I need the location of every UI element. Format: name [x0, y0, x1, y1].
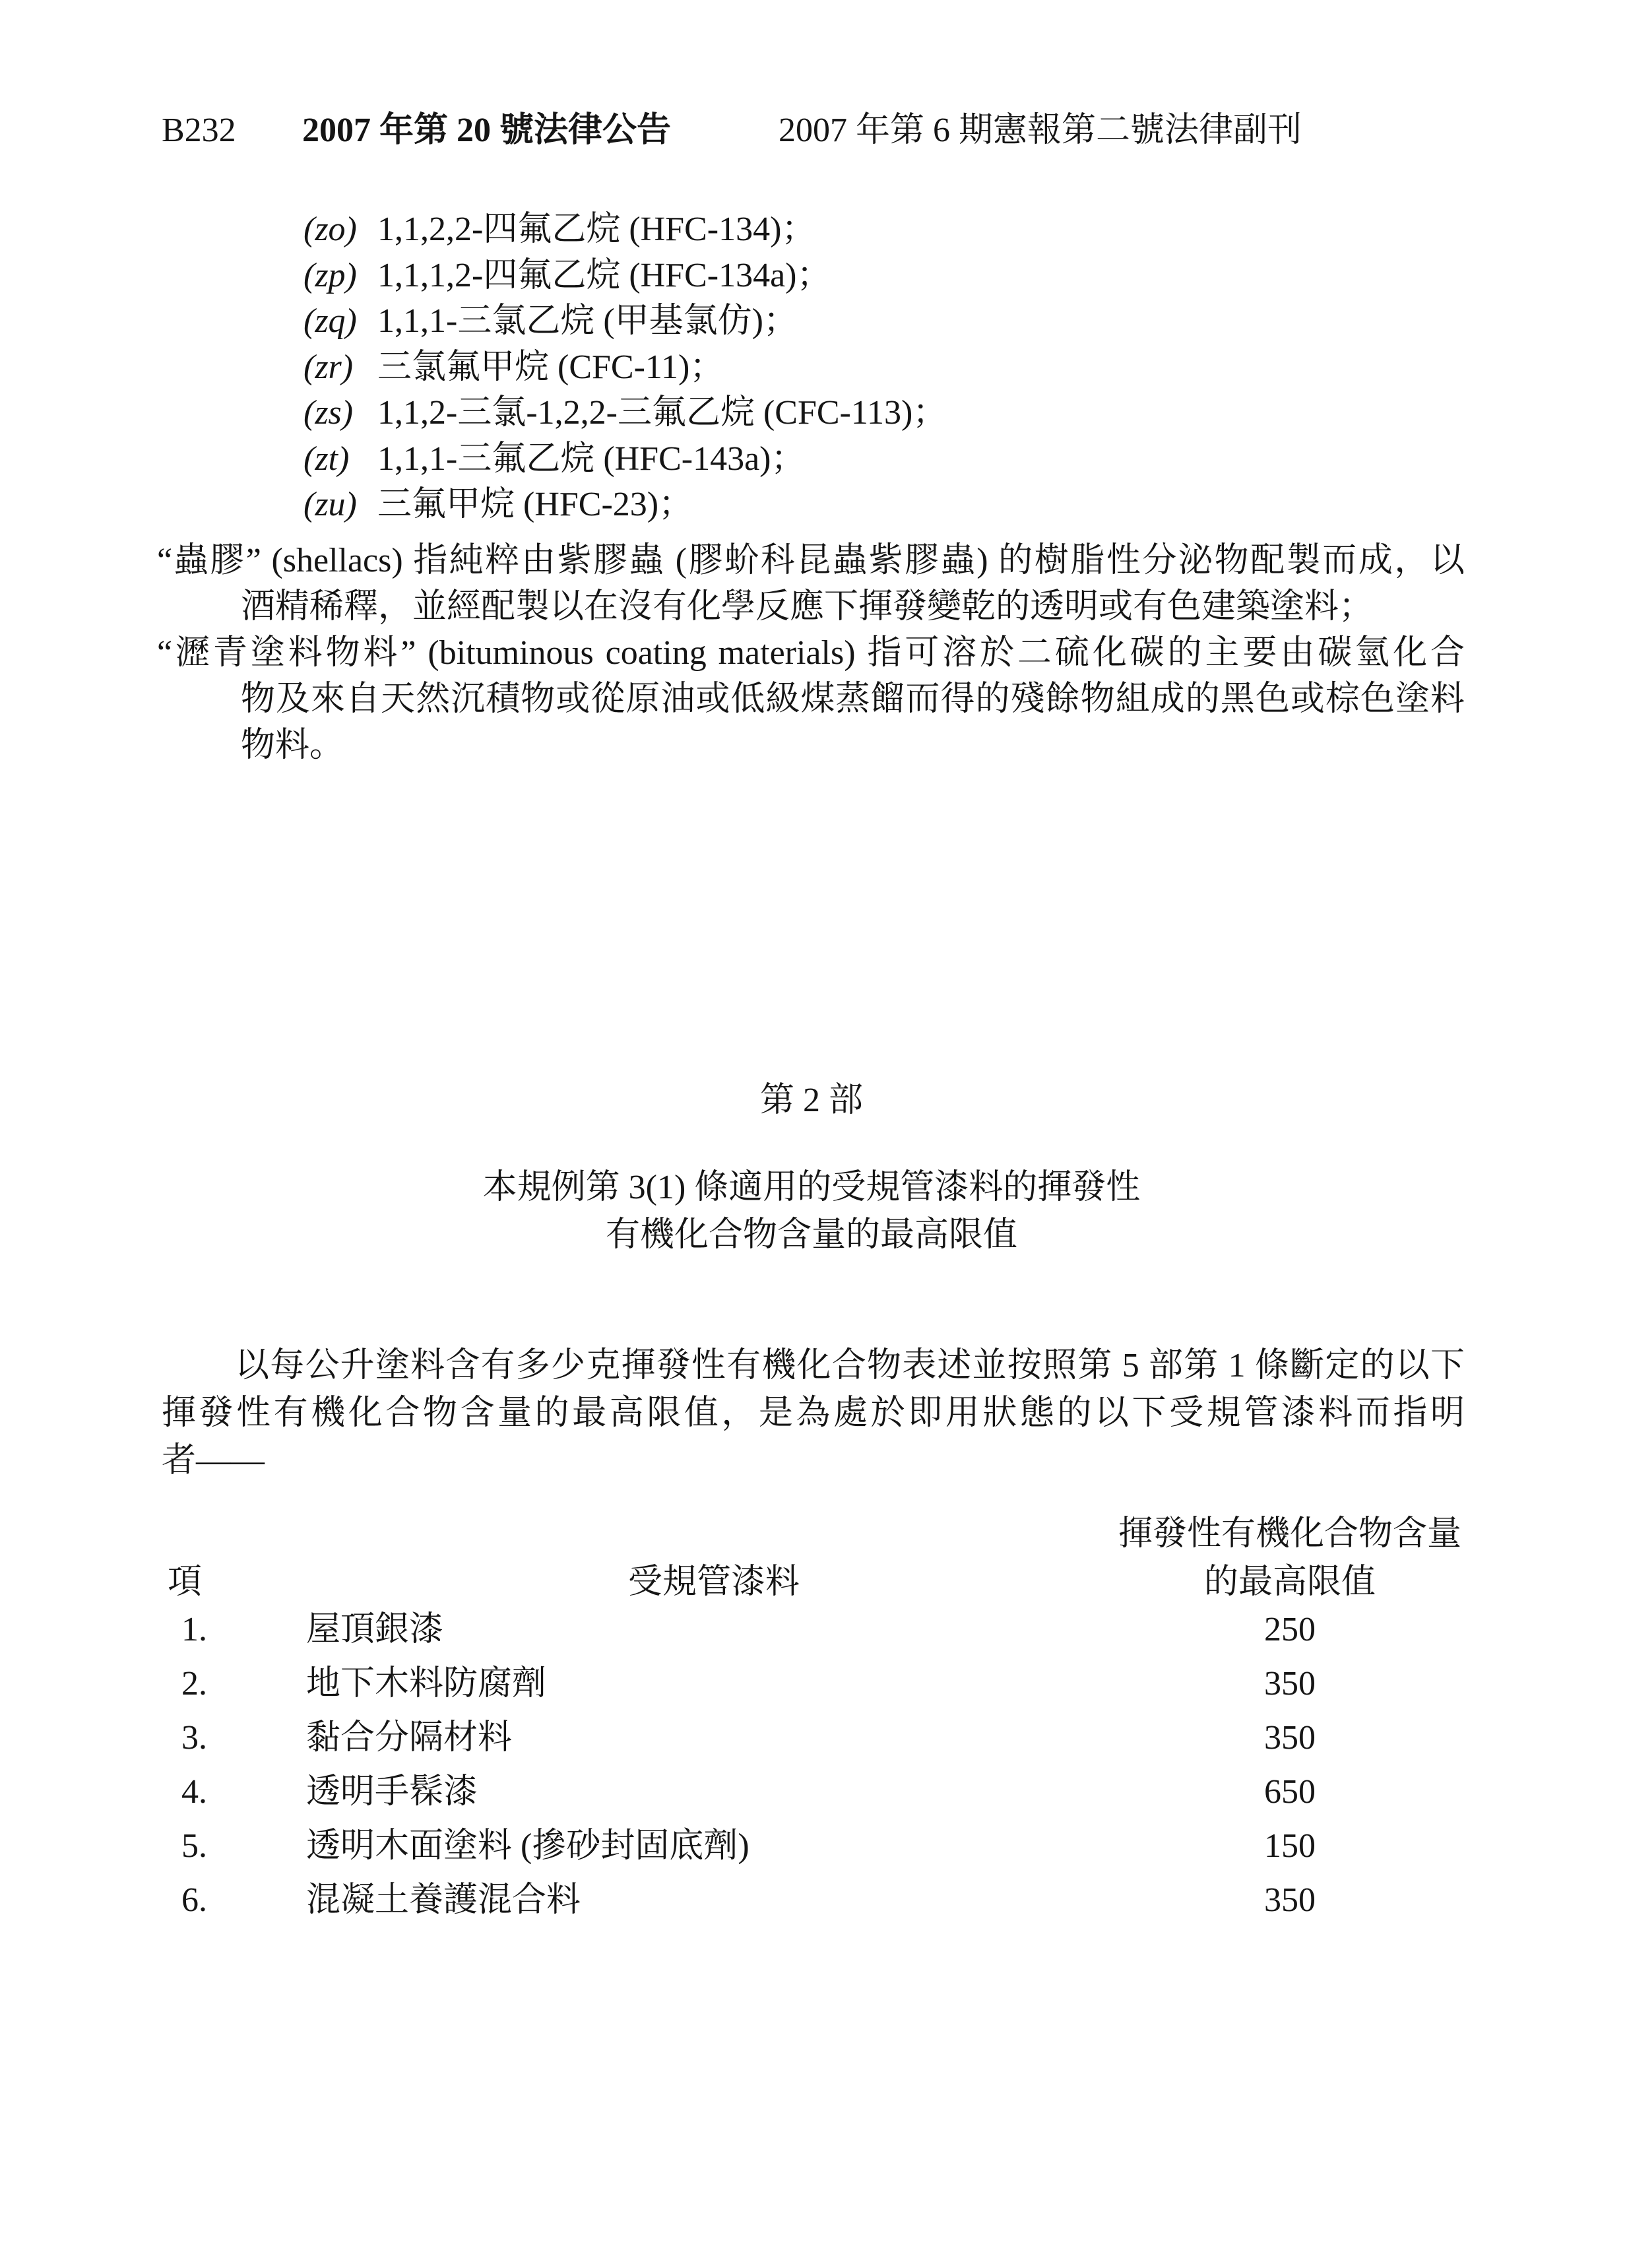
- compound-item-text: 三氟甲烷 (HFC-23)；: [377, 486, 693, 523]
- row-paint: 屋頂銀漆: [306, 1610, 443, 1650]
- table-row: 5. 透明木面塗料 (摻砂封固底劑) 150: [0, 1827, 1627, 1869]
- compound-item-zp: (zp)1,1,1,2-四氟乙烷 (HFC-134a)；: [303, 256, 831, 296]
- compound-item-text: 1,1,2-三氯-1,2,2-三氟乙烷 (CFC-113)；: [377, 394, 947, 432]
- compound-item-label: (zp): [303, 256, 377, 296]
- row-paint: 混凝土養護混合料: [306, 1881, 581, 1920]
- row-paint: 透明木面塗料 (摻砂封固底劑): [306, 1827, 750, 1866]
- compound-item-label: (zr): [303, 348, 377, 387]
- row-paint: 黏合分隔材料: [306, 1718, 512, 1758]
- compound-item-text: 1,1,2,2-四氟乙烷 (HFC-134)；: [377, 211, 815, 248]
- compound-item-zs: (zs)1,1,2-三氯-1,2,2-三氟乙烷 (CFC-113)；: [303, 393, 947, 433]
- table-col-item-header: 項: [168, 1563, 202, 1602]
- compound-item-zr: (zr)三氯氟甲烷 (CFC-11)；: [303, 348, 724, 387]
- compound-item-text: 三氯氟甲烷 (CFC-11)；: [377, 348, 724, 386]
- table-col-voc-header-line-1: 揮發性有機化合物含量: [1105, 1514, 1475, 1554]
- row-limit: 150: [1105, 1827, 1475, 1866]
- row-number: 1.: [181, 1610, 207, 1650]
- compound-item-zu: (zu)三氟甲烷 (HFC-23)；: [303, 485, 693, 525]
- row-number: 2.: [181, 1664, 207, 1704]
- compound-item-label: (zu): [303, 485, 377, 525]
- row-number: 5.: [181, 1827, 207, 1866]
- gazette-title: 2007 年第 6 期憲報第二號法律副刊: [779, 111, 1302, 150]
- definition-shellacs-line-2: 酒精稀釋，並經配製以在沒有化學反應下揮發變乾的透明或有色建築塗料；: [241, 587, 1373, 627]
- definition-bituminous-line-1: “瀝青塗料物料” (bituminous coating materials) …: [157, 633, 1465, 673]
- compound-item-zo: (zo)1,1,2,2-四氟乙烷 (HFC-134)；: [303, 210, 815, 249]
- table-col-voc-header-line-2: 的最高限值: [1105, 1563, 1475, 1602]
- table-row: 4. 透明手髹漆 650: [0, 1772, 1627, 1815]
- page-number: B232: [162, 111, 236, 150]
- row-number: 6.: [181, 1881, 207, 1920]
- definition-shellacs-line-1: “蟲膠” (shellacs) 指純粹由紫膠蟲 (膠蚧科昆蟲紫膠蟲) 的樹脂性分…: [157, 541, 1465, 581]
- compound-item-text: 1,1,1-三氟乙烷 (HFC-143a)；: [377, 440, 806, 478]
- intro-line-2: 揮發性有機化合物含量的最高限值，是為處於即用狀態的以下受規管漆料而指明: [162, 1394, 1465, 1433]
- table-row: 6. 混凝土養護混合料 350: [0, 1881, 1627, 1923]
- row-number: 3.: [181, 1718, 207, 1758]
- definition-bituminous-line-3: 物料。: [241, 726, 344, 765]
- compound-item-zq: (zq)1,1,1-三氯乙烷 (甲基氯仿)；: [303, 302, 798, 341]
- compound-item-label: (zt): [303, 439, 377, 479]
- row-number: 4.: [181, 1772, 207, 1812]
- compound-item-label: (zo): [303, 210, 377, 249]
- row-paint: 地下木料防腐劑: [306, 1664, 546, 1704]
- intro-line-3: 者——: [162, 1441, 265, 1481]
- row-paint: 透明手髹漆: [306, 1772, 478, 1812]
- definition-bituminous-line-2: 物及來自天然沉積物或從原油或低級煤蒸餾而得的殘餘物組成的黑色或棕色塗料: [241, 680, 1465, 719]
- notice-title: 2007 年第 20 號法律公告: [302, 111, 671, 150]
- compound-item-text: 1,1,1,2-四氟乙烷 (HFC-134a)；: [377, 257, 831, 294]
- part2-title-line-1: 本規例第 3(1) 條適用的受規管漆料的揮發性: [162, 1168, 1461, 1208]
- compound-item-text: 1,1,1-三氯乙烷 (甲基氯仿)；: [377, 302, 798, 340]
- row-limit: 350: [1105, 1881, 1475, 1920]
- table-row: 1. 屋頂銀漆 250: [0, 1610, 1627, 1652]
- row-limit: 350: [1105, 1664, 1475, 1704]
- document-page: B232 2007 年第 20 號法律公告 2007 年第 6 期憲報第二號法律…: [0, 0, 1627, 2268]
- table-row: 3. 黏合分隔材料 350: [0, 1718, 1627, 1761]
- compound-item-label: (zs): [303, 393, 377, 433]
- row-limit: 650: [1105, 1772, 1475, 1812]
- part2-heading: 第 2 部: [162, 1081, 1461, 1120]
- row-limit: 250: [1105, 1610, 1475, 1650]
- row-limit: 350: [1105, 1718, 1475, 1758]
- part2-title-line-2: 有機化合物含量的最高限值: [162, 1215, 1461, 1255]
- table-col-paint-header: 受規管漆料: [515, 1563, 913, 1602]
- table-row: 2. 地下木料防腐劑 350: [0, 1664, 1627, 1706]
- intro-line-1: 以每公升塗料含有多少克揮發性有機化合物表述並按照第 5 部第 1 條斷定的以下: [235, 1346, 1465, 1386]
- compound-item-zt: (zt)1,1,1-三氟乙烷 (HFC-143a)；: [303, 439, 806, 479]
- compound-item-label: (zq): [303, 302, 377, 341]
